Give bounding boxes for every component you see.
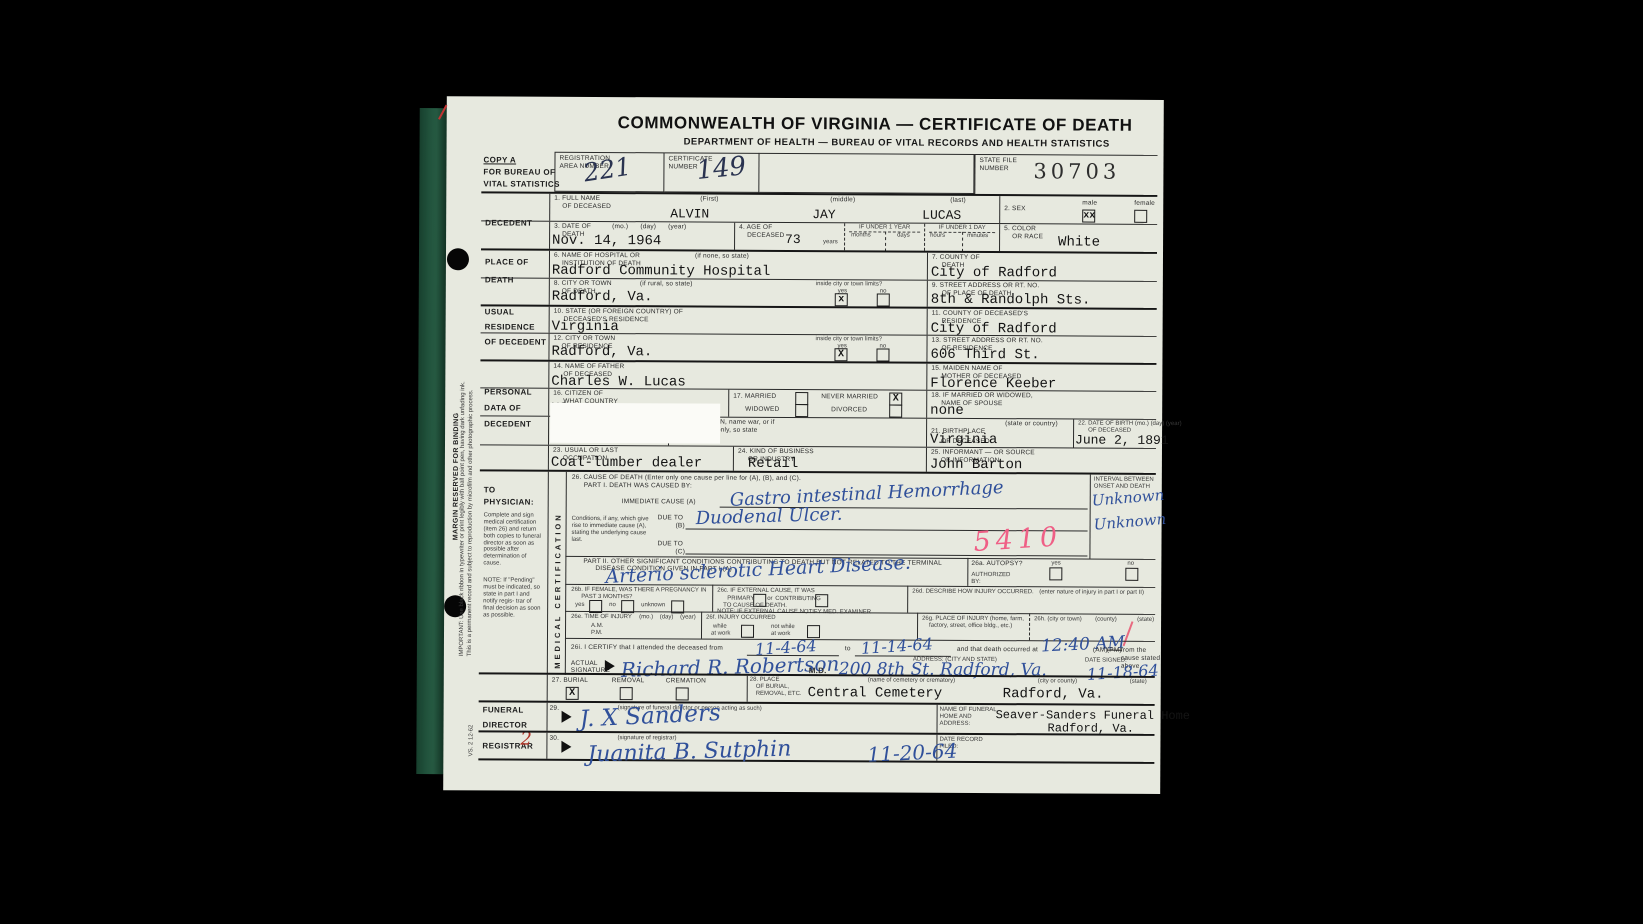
field-full-name: 1. FULL NAME OF DECEASED (First) (middle… — [549, 194, 999, 223]
field-state-residence: 10. STATE (OR FOREIGN COUNTRY) OF DECEAS… — [549, 307, 927, 335]
field-age: 4. AGE OF DECEASED 73 years — [734, 223, 844, 251]
field-under-1-year: IF UNDER 1 YEAR months days — [844, 223, 924, 250]
row-father-mother: 14. NAME OF FATHER OF DECEASED Charles W… — [480, 359, 1156, 391]
row-name-sex: 1. FULL NAME OF DECEASED (First) (middle… — [481, 191, 1157, 224]
funeral-director-signature: J. X Sanders — [579, 700, 721, 733]
26h-left-line — [1029, 613, 1030, 640]
burial-place-label1: 28. PLACE — [750, 677, 780, 684]
document-title: COMMONWEALTH OF VIRGINIA — CERTIFICATE O… — [618, 113, 1133, 136]
certify-pre-text: 26i. I CERTIFY that I attended the decea… — [571, 644, 723, 653]
field-marital-status: 17. MARRIED NEVER MARRIED X WIDOWED DIVO… — [728, 390, 926, 418]
while-at-work-label: at work — [711, 631, 730, 638]
pregnancy-unknown: unknown — [641, 602, 665, 609]
copy-a-label: COPY A — [483, 154, 560, 166]
injury-state-label: (state) — [1137, 617, 1154, 624]
removal-label: REMOVAL — [612, 677, 645, 685]
cremation-label: CREMATION — [666, 677, 706, 685]
city-res-value: Radford, Va. — [551, 344, 652, 361]
middle-header: (middle) — [830, 196, 855, 204]
autopsy-yes: yes — [1051, 560, 1060, 567]
row-date-age-race: 3. DATE OF DEATH (mo.) (day) (year) Nov.… — [481, 220, 1157, 252]
record-filed-date-value: 11-20-64 — [867, 739, 958, 767]
pregnancy-yes: yes — [575, 602, 584, 609]
immediate-cause-label: IMMEDIATE CAUSE (A) — [622, 498, 696, 506]
row-city-street-death: 8. CITY OR TOWN OF DEATH (if rural, so s… — [481, 277, 1157, 308]
city-death-limits: inside city or town limits? — [816, 281, 882, 288]
copy-a-block: COPY A FOR BUREAU OF VITAL STATISTICS — [483, 154, 560, 190]
field-date-of-birth: 22. DATE OF BIRTH (mo.) (day) (year) OF … — [1073, 419, 1156, 447]
due-to-b-label: DUE TO — [658, 514, 684, 522]
field-funeral-home: NAME OF FUNERAL HOME AND ADDRESS: Seaver… — [936, 705, 1154, 734]
row-burial: 27. BURIAL REMOVAL CREMATION X 28. PLACE… — [479, 672, 1155, 704]
row-city-street-residence: 12. CITY OR TOWN OF RESIDENCE inside cit… — [480, 332, 1156, 363]
registration-area-box: REGISTRATION AREA NUMBER 221 — [554, 152, 664, 193]
attended-to-date: 11-14-64 — [860, 634, 933, 658]
describe-injury-label: 26d. DESCRIBE HOW INJURY OCCURRED. — [912, 589, 1034, 597]
funeral-sig-arrow-icon — [562, 711, 572, 723]
row-hospital-county: 6. NAME OF HOSPITAL OR INSTITUTION OF DE… — [481, 248, 1157, 281]
under-day-hours: hours — [930, 233, 945, 240]
hole-punch-top — [447, 248, 469, 270]
under-day-minutes: minutes — [967, 233, 988, 240]
business-value: Retail — [748, 456, 799, 472]
pregnancy-no: no — [609, 602, 616, 609]
copy-a-line2: FOR BUREAU OF — [483, 166, 560, 178]
blank-top-box — [759, 153, 974, 194]
am-paren: (AM) — [1093, 647, 1108, 655]
autopsy-cell-line — [967, 558, 968, 586]
field-county-of-death: 7. COUNTY OF DEATH City of Radford — [927, 253, 1157, 281]
field-birthplace: 21. BIRTHPLACE (state or country) OF DEC… — [926, 419, 1073, 448]
first-name-value: ALVIN — [670, 206, 709, 221]
interval-column-line — [1089, 475, 1090, 559]
place-injury-label2: factory, street, office bldg., etc.) — [929, 623, 1012, 630]
medcert-left-frame — [547, 472, 549, 675]
signature-arrow-icon — [605, 660, 615, 672]
field-hospital: 6. NAME OF HOSPITAL OR INSTITUTION OF DE… — [549, 251, 927, 280]
widowed-label: WIDOWED — [745, 406, 779, 414]
middle-name-value: JAY — [812, 207, 835, 222]
margin-important-text-2: This is a permanent record and subject t… — [467, 390, 475, 657]
birthplace-hint: (state or country) — [1005, 420, 1058, 428]
cemetery-state-hint: (state) — [1130, 679, 1147, 686]
autopsy-no-checkbox — [1125, 568, 1138, 581]
authorized-label1: AUTHORIZED — [971, 572, 1010, 579]
field-mother-name: 15. MAIDEN NAME OF MOTHER OF DECEASED Fl… — [926, 364, 1156, 391]
am-label: A.M. — [591, 623, 603, 630]
26d-left-line — [907, 586, 908, 613]
field-city-residence: 12. CITY OR TOWN OF RESIDENCE inside cit… — [548, 334, 926, 362]
divorced-label: DIVORCED — [831, 406, 867, 414]
row-funeral-director: 29. (signature of funeral director or pe… — [479, 700, 1155, 734]
birthplace-value: Virginia — [930, 432, 997, 448]
state-file-box: STATE FILE NUMBER 30703 — [974, 154, 1157, 195]
race-value: White — [1058, 234, 1100, 250]
b-tag: (B) — [676, 522, 685, 530]
last-header: (last) — [950, 197, 966, 205]
pm-paren-struck: (PM) — [1107, 647, 1122, 655]
row-state-county-residence: 10. STATE (OR FOREIGN COUNTRY) OF DECEAS… — [481, 304, 1157, 336]
city-death-no-checkbox — [877, 293, 890, 306]
white-out-patch — [550, 403, 720, 444]
autopsy-label: 26a. AUTOPSY? — [971, 560, 1022, 568]
field-occupation: 23. USUAL OR LAST OCCUPATION Coal-lumber… — [548, 446, 733, 471]
cemetery-hint: (name of cemetery or crematory) — [868, 677, 955, 684]
widowed-checkbox — [795, 404, 808, 417]
spouse-label2: NAME OF SPOUSE — [941, 400, 1152, 409]
screenshot-stage: MARGIN RESERVED FOR BINDING IMPORTANT: U… — [0, 0, 1643, 924]
sex-male-label: male — [1082, 200, 1097, 208]
field-color-race: 5. COLOR OR RACE White — [999, 224, 1157, 252]
burial-place-label3: REMOVAL, ETC. — [756, 691, 802, 698]
funeral-home-label3: ADDRESS: — [940, 721, 971, 728]
field-spouse: 18. IF MARRIED OR WIDOWED, NAME OF SPOUS… — [926, 391, 1156, 419]
autopsy-no: no — [1127, 561, 1134, 568]
margin-important-text-1: IMPORTANT: Use black ribbon in typewrite… — [459, 381, 467, 656]
conditions-note: Conditions, if any, which give rise to i… — [571, 516, 657, 544]
under-year-divider — [885, 231, 886, 251]
field-disposition: 27. BURIAL REMOVAL CREMATION X — [547, 675, 747, 702]
row-registrar: 30. (signature of registrar) Juanita B. … — [478, 730, 1154, 764]
row-occupation-informant: 23. USUAL OR LAST OCCUPATION Coal-lumber… — [480, 444, 1156, 473]
26f-left-line — [701, 612, 702, 639]
c-tag: (C) — [675, 548, 685, 556]
under-day-divider — [962, 232, 963, 252]
contributing-checkbox — [815, 594, 828, 607]
sex-label: 2. SEX — [1004, 205, 1025, 212]
registration-area-value: 221 — [582, 152, 634, 188]
city-res-no-checkbox — [876, 348, 889, 361]
field-sex: 2. SEX male female xx — [999, 196, 1157, 224]
or-label: or — [767, 596, 772, 603]
married-label: 17. MARRIED — [733, 393, 776, 401]
never-married-label: NEVER MARRIED — [821, 393, 878, 401]
field-city-of-death: 8. CITY OR TOWN OF DEATH (if rural, so s… — [549, 279, 927, 307]
primary-label: PRIMARY — [727, 596, 754, 603]
under-year-months: months — [851, 232, 871, 239]
dod-units: (mo.) (day) (year) — [612, 223, 686, 231]
injury-occurred-label: 26f. INJURY OCCURRED — [706, 615, 776, 622]
cause-b-value: Duodenal Ulcer. — [695, 504, 842, 529]
due-to-c-label: DUE TO — [657, 540, 683, 548]
field-date-of-death: 3. DATE OF DEATH (mo.) (day) (year) Nov.… — [549, 222, 734, 250]
dod-value: Nov. 14, 1964 — [552, 233, 661, 250]
street-res-value: 606 Third St. — [930, 347, 1039, 364]
pink-stamp-5410: 5410 — [973, 521, 1064, 558]
city-death-value: Radford, Va. — [552, 289, 653, 306]
sex-female-checkbox — [1134, 210, 1147, 223]
certify-mid-text: and that death occurred at — [957, 646, 1038, 654]
spouse-value: none — [930, 403, 964, 419]
authorized-label2: BY: — [971, 579, 980, 586]
removal-checkbox — [620, 687, 633, 700]
field-street-residence: 13. STREET ADDRESS OR RT. NO. OF RESIDEN… — [926, 336, 1156, 363]
injury-city-label: 26h. (city or town) — [1034, 616, 1082, 623]
death-certificate-document: MARGIN RESERVED FOR BINDING IMPORTANT: U… — [416, 96, 1164, 794]
age-value: 73 — [785, 232, 801, 247]
field-under-1-day: IF UNDER 1 DAY hours minutes — [924, 224, 999, 251]
field-father-name: 14. NAME OF FATHER OF DECEASED Charles W… — [548, 362, 926, 390]
certificate-number-value: 149 — [695, 151, 747, 186]
time-injury-label: 26e. TIME OF INJURY — [571, 614, 632, 621]
field-place-of-burial: 28. PLACE OF BURIAL, REMOVAL, ETC. (name… — [747, 676, 1155, 704]
field-business: 24. KIND OF BUSINESS OR INDUSTRY Retail — [733, 447, 926, 472]
registrar-sig-arrow-icon — [561, 741, 571, 753]
age-unit: years — [823, 239, 838, 246]
certificate-number-box: CERTIFICATE NUMBER 149 — [664, 152, 759, 192]
injury-county-label: (county) — [1095, 617, 1117, 624]
pm-label: P.M. — [591, 630, 603, 637]
field-registrar-signature: 30. (signature of registrar) Juanita B. … — [546, 733, 936, 761]
medcert-strip-divider — [565, 472, 567, 675]
hospital-hint: (if none, so state) — [695, 252, 749, 260]
while-label: while — [713, 624, 727, 631]
cemetery-city-hint: (city or county) — [1038, 678, 1077, 685]
medical-certification-section: 26. CAUSE OF DEATH (Enter only one cause… — [479, 469, 1156, 676]
sex-female-label: female — [1134, 200, 1155, 208]
cemetery-city-value: Radford, Va. — [1003, 686, 1104, 703]
to-word: to — [845, 645, 851, 653]
funeral-home-label2: HOME AND — [940, 714, 972, 721]
funeral-sig-number: 29. — [550, 705, 560, 713]
field-county-residence: 11. COUNTY OF DECEASED'S RESIDENCE City … — [927, 309, 1157, 336]
not-while-label: not while — [771, 624, 795, 631]
while-at-work-checkbox — [741, 625, 754, 638]
city-res-yes-checkbox: X — [834, 348, 847, 361]
last-name-value: LUCAS — [922, 208, 961, 223]
field-funeral-signature: 29. (signature of funeral director or pe… — [547, 703, 937, 733]
registrar-sig-number: 30. — [549, 735, 559, 743]
burial-label: 27. BURIAL — [552, 677, 588, 685]
burial-checkbox: X — [566, 687, 579, 700]
form-code: VS. 2 12-62 — [468, 725, 475, 757]
under-year-days: days — [897, 233, 910, 240]
state-file-value: 30703 — [1033, 159, 1120, 183]
time-injury-units: (mo.) (day) (year) — [639, 614, 696, 621]
copy-a-line3: VITAL STATISTICS — [483, 178, 560, 190]
field-informant: 25. INFORMANT — OR SOURCE OF INFORMATION… — [926, 448, 1156, 473]
26c-left-line — [712, 585, 713, 612]
sex-male-checkbox: xx — [1082, 210, 1095, 223]
describe-injury-hint: (enter nature of injury in part I or par… — [1039, 589, 1144, 596]
autopsy-yes-checkbox — [1049, 567, 1062, 580]
city-death-yes-checkbox: x — [835, 293, 848, 306]
city-res-limits: inside city or town limits? — [816, 336, 882, 343]
part1-label: PART I. DEATH WAS CAUSED BY: — [584, 482, 692, 490]
first-header: (First) — [700, 196, 718, 204]
field-street-of-death: 9. STREET ADDRESS OR RT. NO. OF PLACE OF… — [927, 281, 1157, 308]
cemetery-value: Central Cemetery — [808, 685, 943, 702]
field-date-record-filed: DATE RECORD FILED: — [936, 735, 1154, 762]
dob-value: June 2, 1891 — [1075, 432, 1169, 447]
cremation-checkbox — [676, 687, 689, 700]
divorced-checkbox — [889, 405, 902, 418]
document-subtitle: DEPARTMENT OF HEALTH — BUREAU OF VITAL R… — [684, 136, 1110, 149]
burial-place-label2: OF BURIAL, — [756, 684, 789, 691]
city-death-hint: (if rural, so state) — [640, 280, 693, 288]
informant-value: John Barton — [930, 457, 1023, 473]
